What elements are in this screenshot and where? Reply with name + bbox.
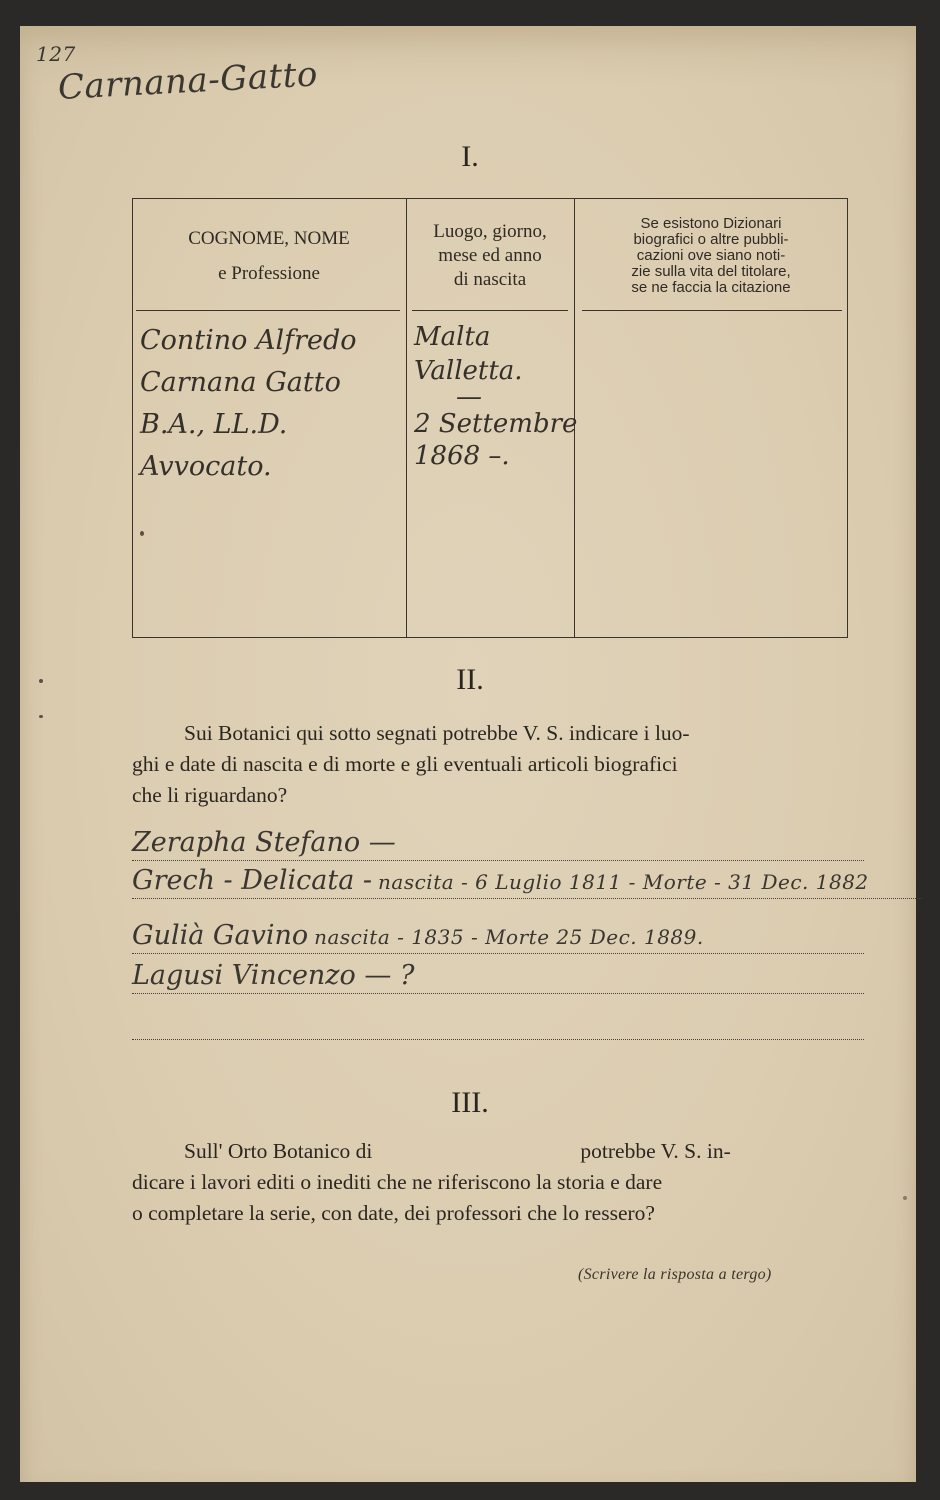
entry-text: Zerapha Stefano — bbox=[132, 827, 402, 858]
botanist-entry: Grech - Delicata -nascita - 6 Luglio 181… bbox=[132, 860, 922, 899]
section-2-question: Sui Botanici qui sotto segnati potrebbe … bbox=[132, 718, 856, 811]
biography-table: COGNOME, NOME e Professione Luogo, giorn… bbox=[132, 198, 848, 638]
paper-mark bbox=[39, 679, 43, 683]
header-line: COGNOME, NOME bbox=[188, 221, 350, 256]
paper-mark bbox=[39, 715, 43, 718]
question-line: Sui Botanici qui sotto segnati potrebbe … bbox=[132, 718, 856, 749]
question-line: o completare la serie, con date, dei pro… bbox=[132, 1198, 856, 1229]
section-3-question: Sull' Orto Botanico dipotrebbe V. S. in-… bbox=[132, 1136, 856, 1229]
handwritten-line: 1868 –. bbox=[414, 440, 577, 472]
header-line: di nascita bbox=[454, 268, 526, 292]
header-line: se ne faccia la citazione bbox=[631, 280, 790, 296]
header-underline bbox=[412, 310, 568, 311]
table-bottom-border bbox=[132, 637, 848, 638]
header-line: Se esistono Dizionari bbox=[641, 216, 782, 232]
botanist-name: Gulià Gavino bbox=[132, 920, 308, 951]
entry-text: Grech - Delicata -nascita - 6 Luglio 181… bbox=[132, 865, 869, 896]
header-line: zie sulla vita del titolare, bbox=[631, 264, 790, 280]
question-line: dicare i lavori editi o inediti che ne r… bbox=[132, 1167, 856, 1198]
handwritten-line: 2 Settembre bbox=[414, 408, 577, 440]
header-name-profession: COGNOME, NOME e Professione bbox=[132, 206, 406, 306]
handwritten-line: Contino Alfredo bbox=[140, 320, 357, 362]
header-underline bbox=[582, 310, 842, 311]
botanist-dates: nascita - 6 Luglio 1811 - Morte - 31 Dec… bbox=[378, 870, 869, 894]
handwritten-line: Valletta. bbox=[414, 354, 577, 388]
question-start: Sull' Orto Botanico di bbox=[184, 1139, 372, 1163]
botanist-entry-empty bbox=[132, 1001, 864, 1040]
handwritten-line: Avvocato. bbox=[140, 446, 357, 488]
paper-mark bbox=[903, 1196, 907, 1200]
botanist-entry: Lagusi Vincenzo — ? bbox=[132, 955, 864, 994]
table-top-border bbox=[132, 198, 848, 199]
header-line: mese ed anno bbox=[438, 244, 541, 268]
cell-birth: Malta Valletta. — 2 Settembre 1868 –. bbox=[414, 320, 577, 472]
botanist-name: Zerapha Stefano — bbox=[132, 827, 396, 858]
header-citations: Se esistono Dizionari biografici o altre… bbox=[574, 206, 848, 306]
question-line: ghi e date di nascita e di morte e gli e… bbox=[132, 749, 856, 780]
entry-text: Gulià Gavinonascita - 1835 - Morte 25 De… bbox=[132, 920, 704, 951]
question-line: che li riguardano? bbox=[132, 780, 856, 811]
botanist-entry: Gulià Gavinonascita - 1835 - Morte 25 De… bbox=[132, 916, 864, 954]
answer-note: (Scrivere la risposta a tergo) bbox=[578, 1266, 772, 1284]
botanist-entry: Zerapha Stefano — bbox=[132, 822, 864, 861]
header-line: biografici o altre pubbli- bbox=[633, 232, 788, 248]
entry-text: Lagusi Vincenzo — ? bbox=[132, 960, 420, 991]
section-3-numeral: III. bbox=[0, 1086, 940, 1120]
section-1-numeral: I. bbox=[0, 140, 940, 174]
handwritten-line: B.A., LL.D. bbox=[140, 404, 357, 446]
question-line: Sull' Orto Botanico dipotrebbe V. S. in- bbox=[132, 1136, 856, 1167]
botanist-dates: nascita - 1835 - Morte 25 Dec. 1889. bbox=[314, 925, 704, 949]
handwritten-line: Malta bbox=[414, 320, 577, 354]
header-underline bbox=[136, 310, 400, 311]
header-line: Luogo, giorno, bbox=[433, 220, 546, 244]
ink-spot bbox=[140, 531, 144, 536]
handwritten-dash: — bbox=[414, 388, 524, 408]
header-birth: Luogo, giorno, mese ed anno di nascita bbox=[406, 206, 574, 306]
cell-name-profession: Contino Alfredo Carnana Gatto B.A., LL.D… bbox=[140, 320, 357, 488]
handwritten-line: Carnana Gatto bbox=[140, 362, 357, 404]
header-line: cazioni ove siano noti- bbox=[637, 248, 785, 264]
botanist-name: Lagusi Vincenzo — ? bbox=[132, 960, 414, 991]
question-continuation: potrebbe V. S. in- bbox=[580, 1139, 730, 1163]
section-2-numeral: II. bbox=[0, 663, 940, 697]
header-line: e Professione bbox=[218, 256, 320, 291]
folio-number: 127 bbox=[36, 42, 76, 66]
botanist-name: Grech - Delicata - bbox=[132, 865, 372, 896]
